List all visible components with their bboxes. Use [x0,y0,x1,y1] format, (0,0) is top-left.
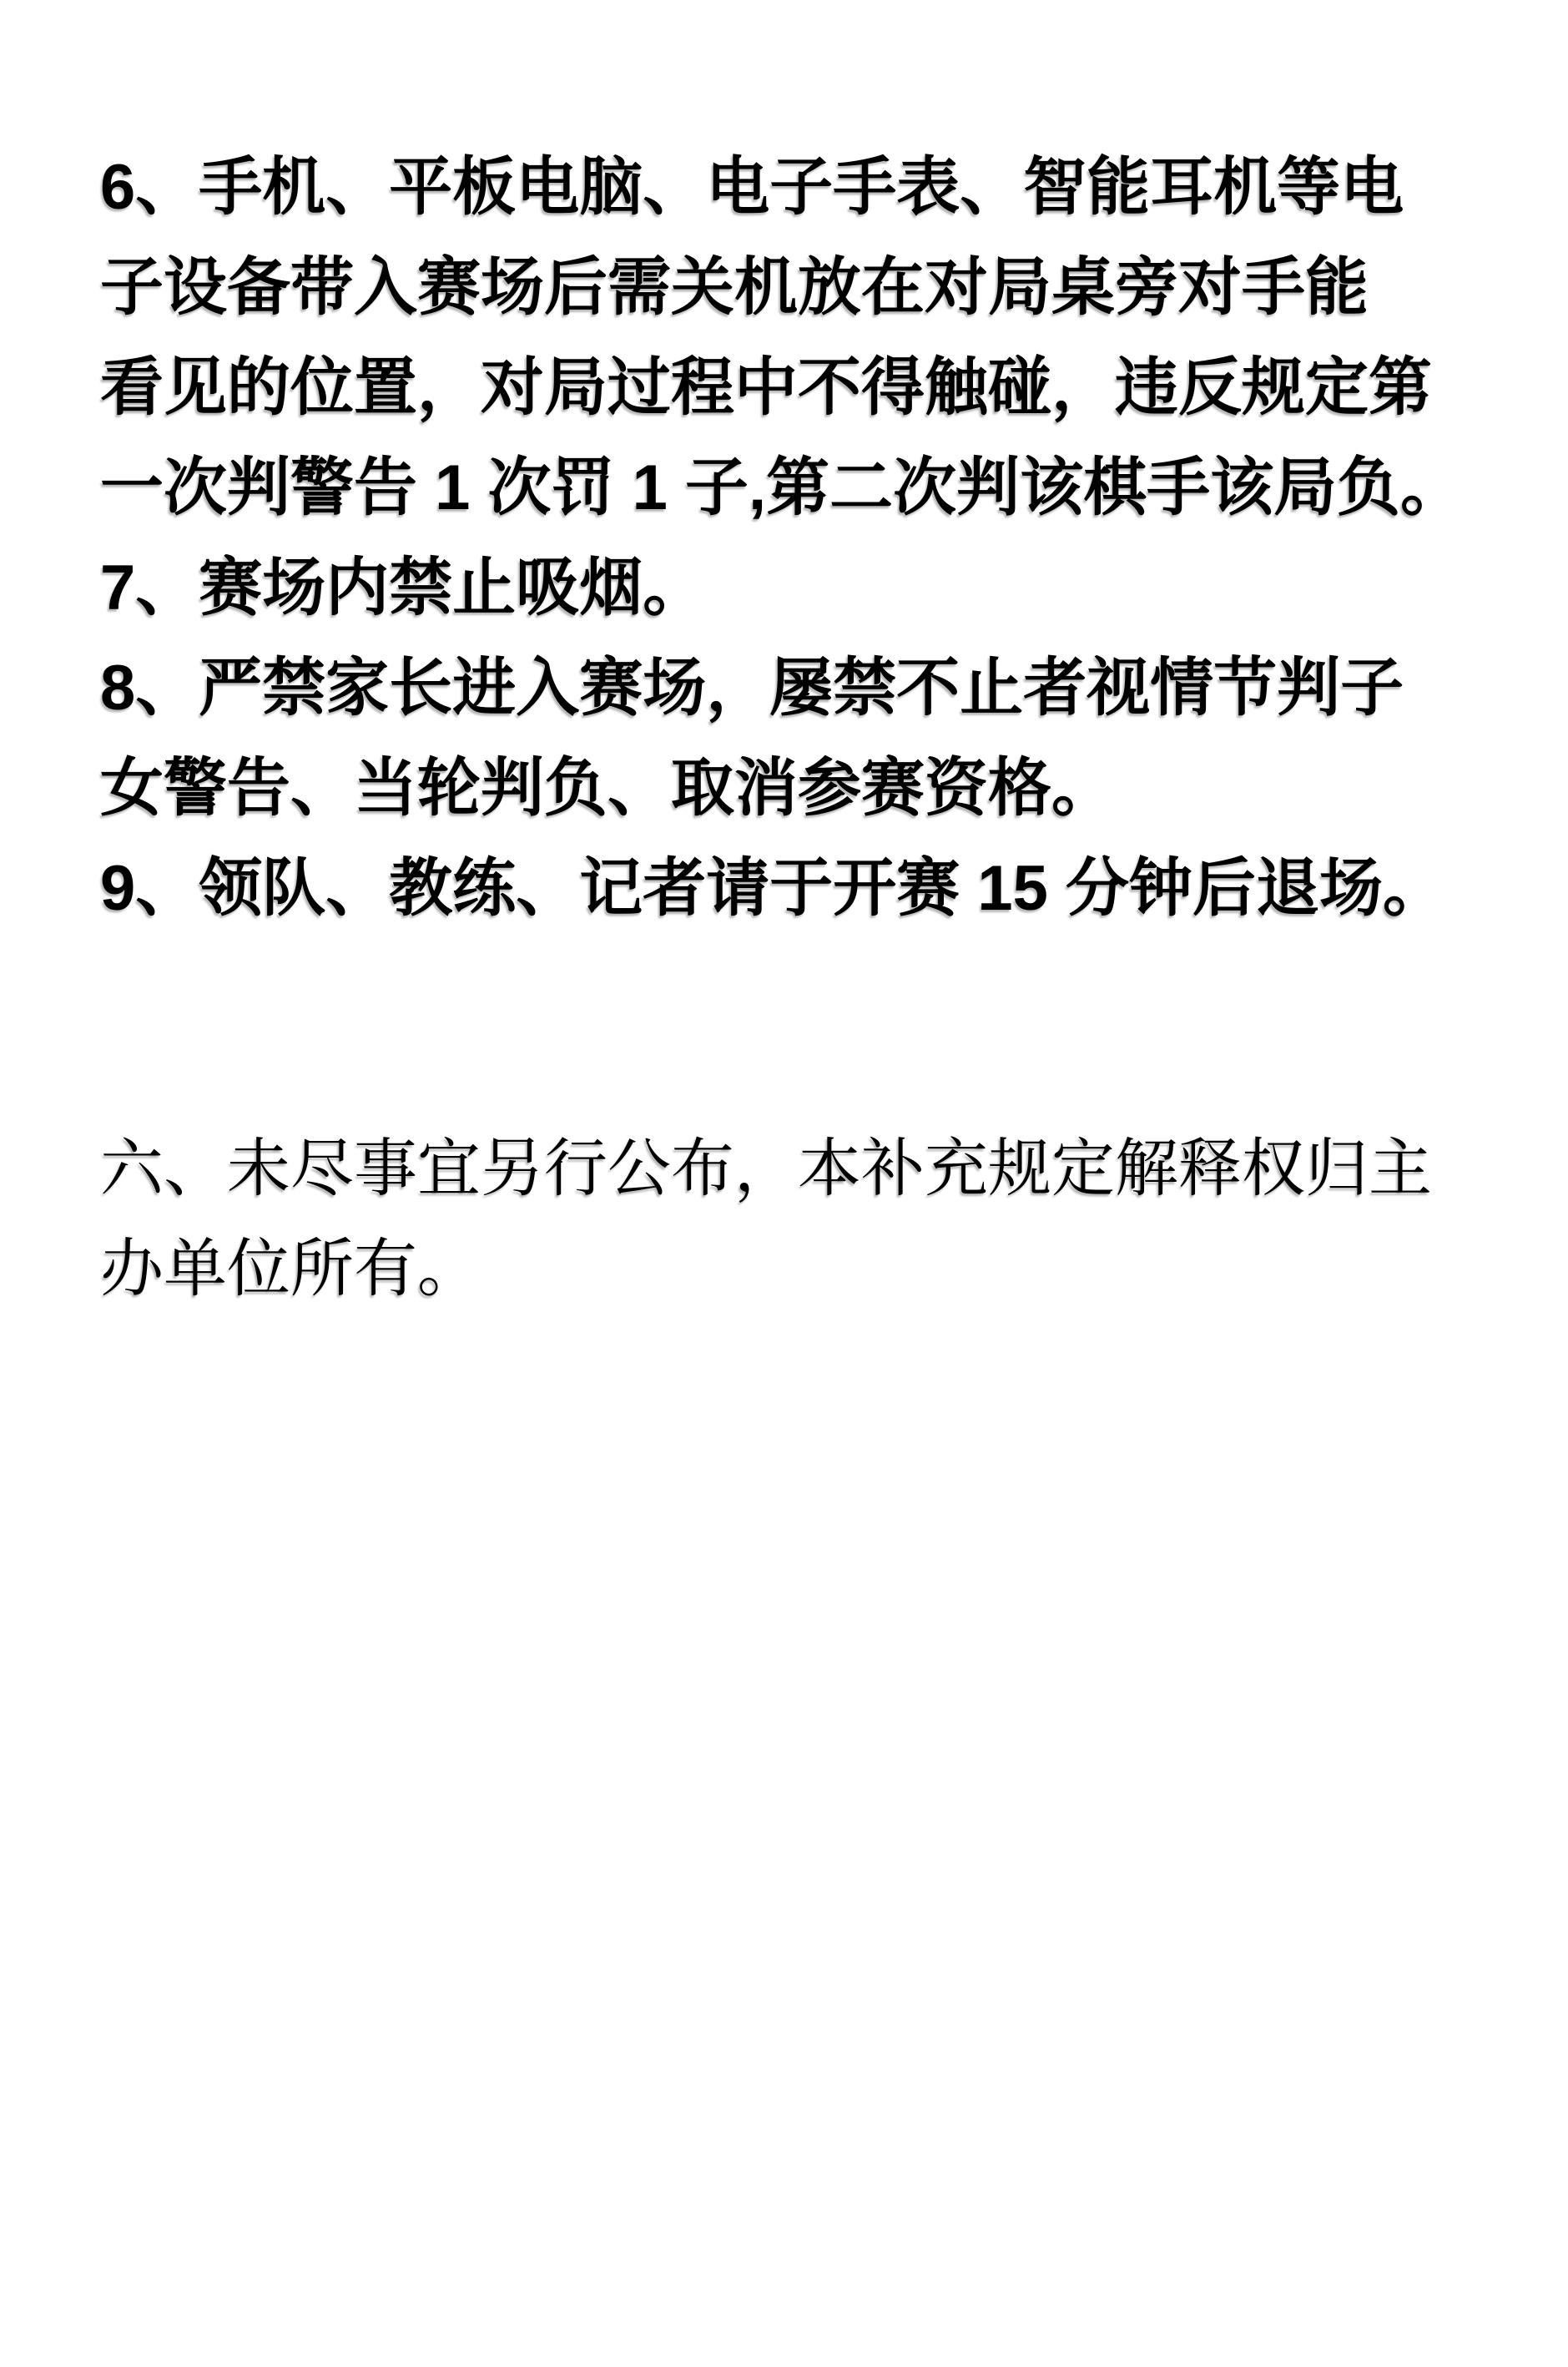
rule-6-line-3: 看见的位置，对局过程中不得触碰，违反规定第 [100,338,1419,438]
rule-7-line: 7、赛场内禁止吸烟。 [100,538,1419,638]
closing-line-1: 六、未尽事宜另行公布，本补充规定解释权归主 [100,1119,1419,1219]
rules-section: 6、手机、平板电脑、电子手表、智能耳机等电 子设备带入赛场后需关机放在对局桌旁对… [100,138,1419,939]
document-page: 6、手机、平板电脑、电子手表、智能耳机等电 子设备带入赛场后需关机放在对局桌旁对… [0,0,1568,2367]
closing-line-2: 办单位所有。 [100,1219,1419,1320]
rule-6-line-4: 一次判警告 1 次罚 1 子,第二次判该棋手该局负。 [100,438,1419,538]
rule-6-line-1: 6、手机、平板电脑、电子手表、智能耳机等电 [100,138,1419,238]
rule-8-line-1: 8、严禁家长进入赛场，屡禁不止者视情节判子 [100,638,1419,739]
rule-9-line: 9、领队、教练、记者请于开赛 15 分钟后退场。 [100,839,1419,939]
paragraph-gap [100,939,1419,1119]
closing-section: 六、未尽事宜另行公布，本补充规定解释权归主 办单位所有。 [100,1119,1419,1320]
document-text-block: 6、手机、平板电脑、电子手表、智能耳机等电 子设备带入赛场后需关机放在对局桌旁对… [100,138,1419,1320]
rule-6-line-2: 子设备带入赛场后需关机放在对局桌旁对手能 [100,238,1419,338]
rule-8-line-2: 女警告、当轮判负、取消参赛资格。 [100,739,1419,839]
